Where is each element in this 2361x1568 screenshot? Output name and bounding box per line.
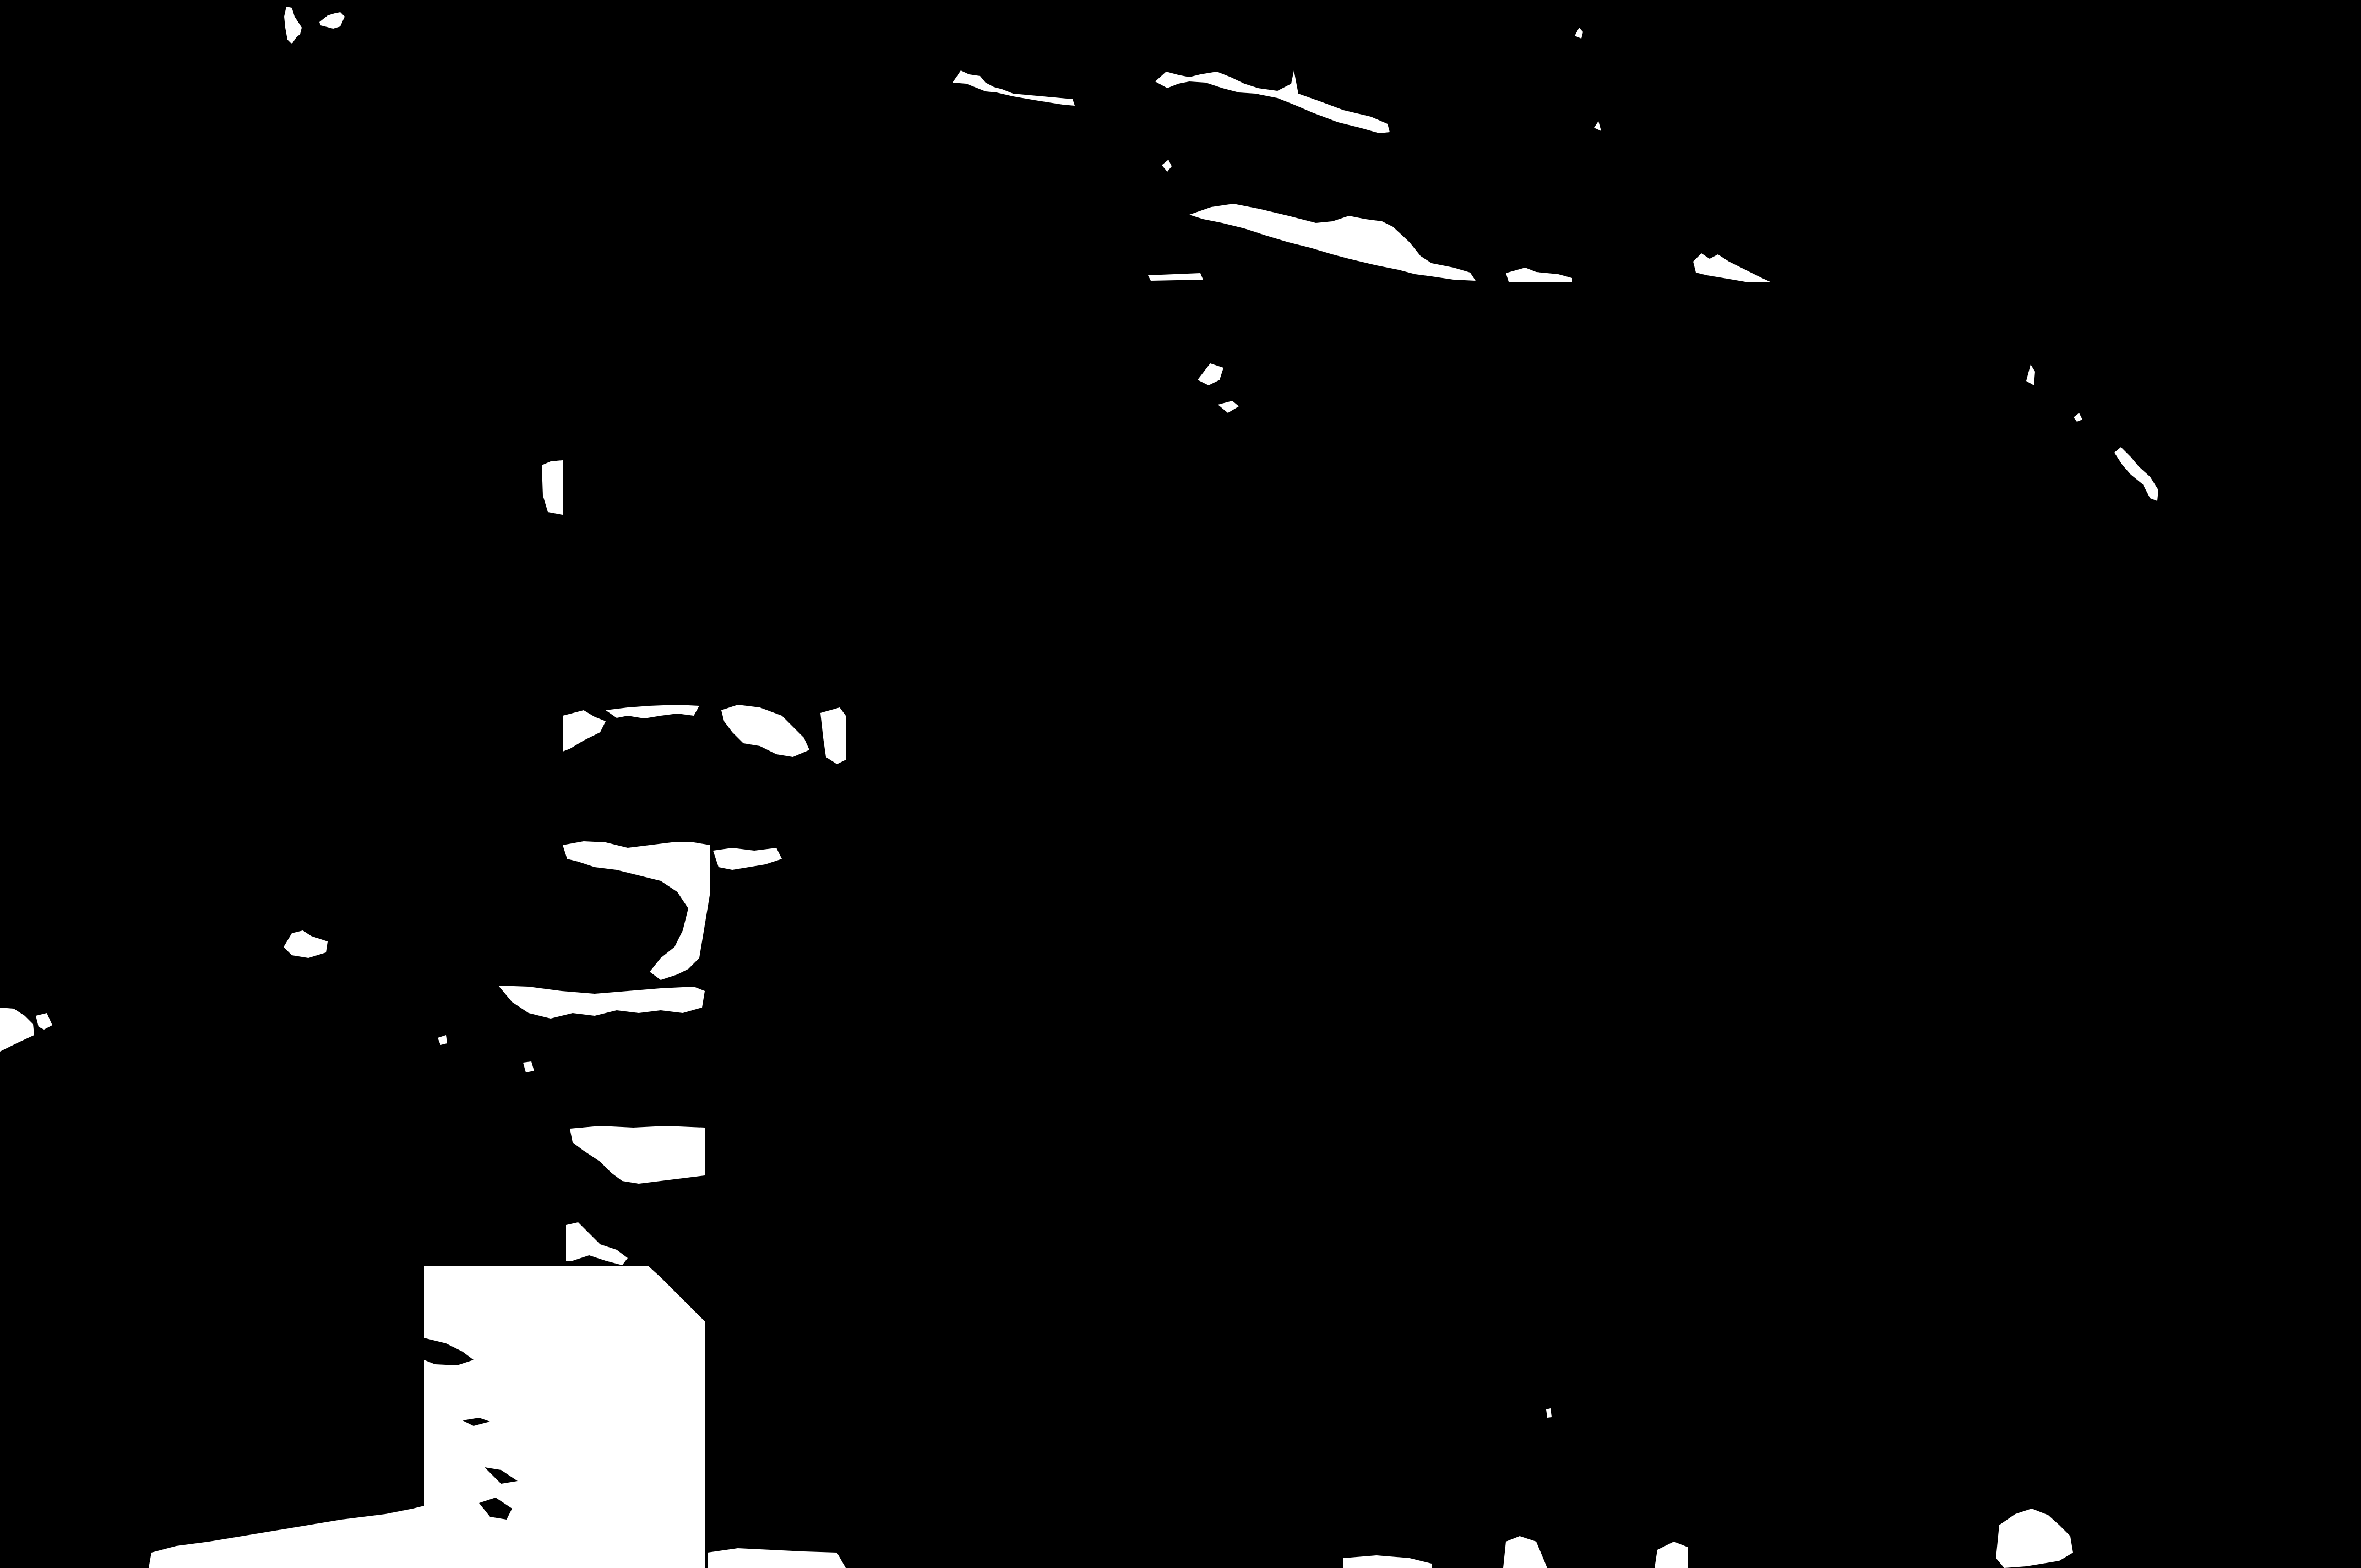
- mask-background: [0, 0, 2361, 1568]
- segmentation-mask: [0, 0, 2361, 1568]
